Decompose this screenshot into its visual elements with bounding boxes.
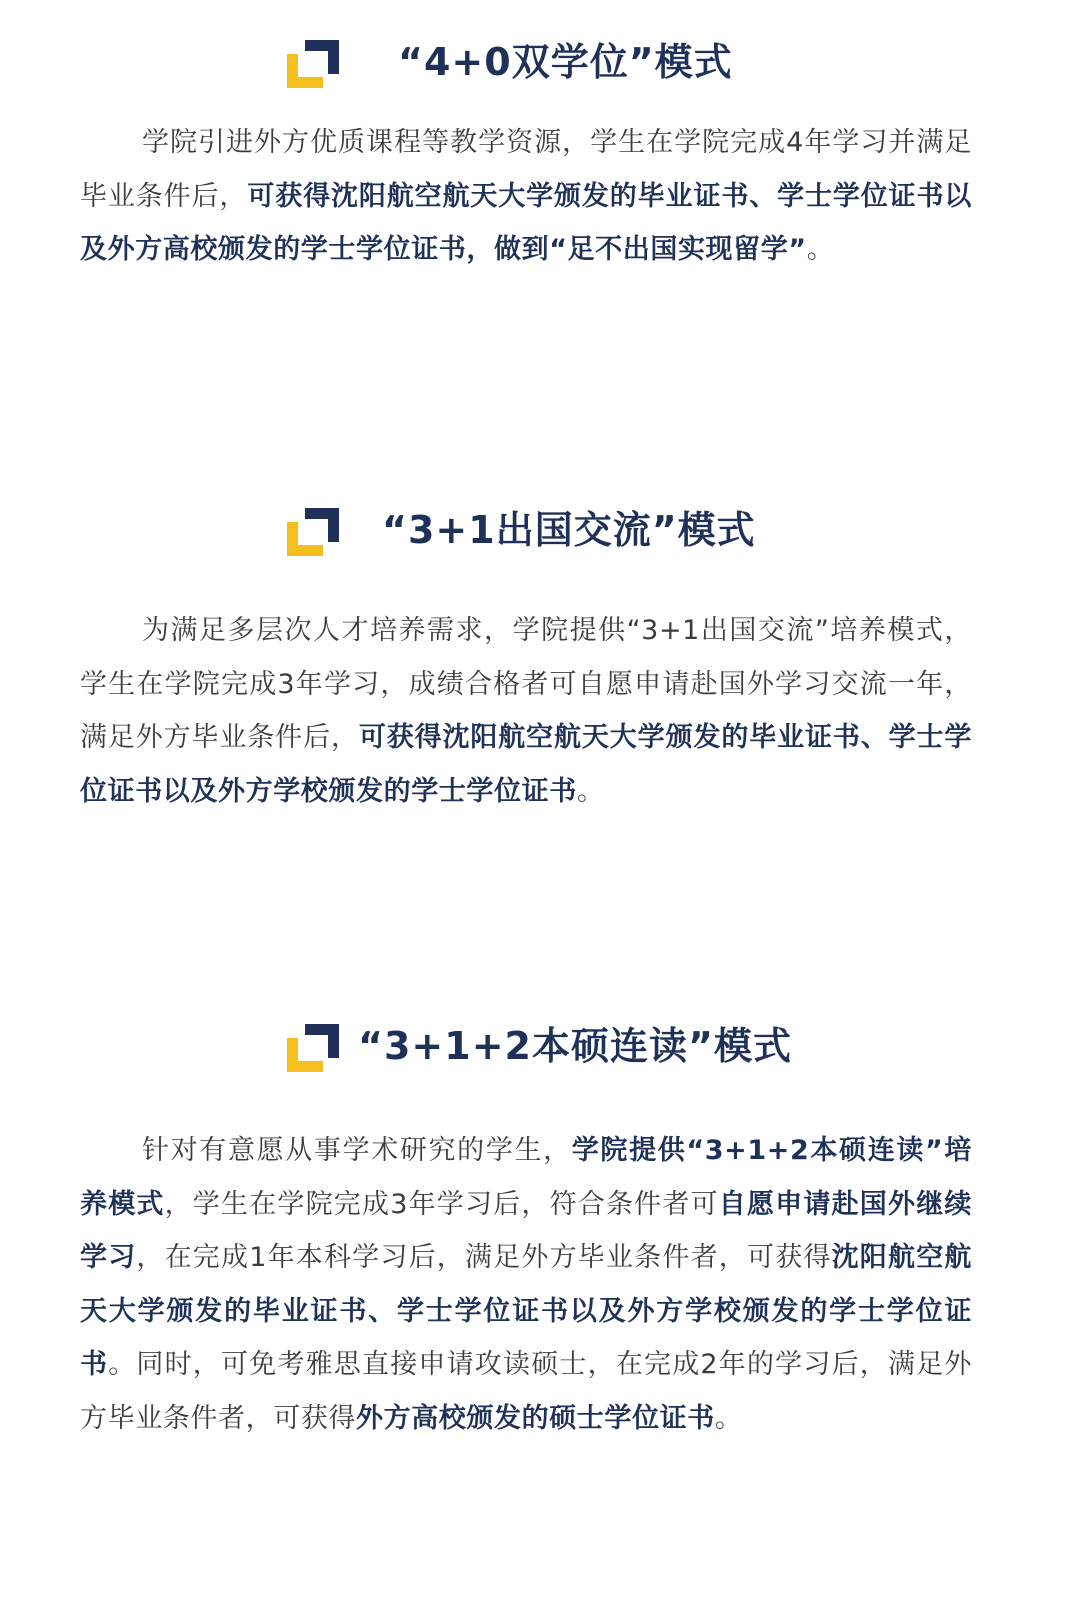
text-run-emphasis: 外方高校颁发的硕士学位证书: [356, 1403, 715, 1434]
text-run: 。: [715, 1403, 743, 1434]
text-run: 。: [807, 234, 835, 265]
section-heading: “3+1+2本硕连读”模式: [0, 1016, 1080, 1076]
corner-brackets-icon: [287, 40, 339, 88]
section-paragraph: 为满足多层次人才培养需求，学院提供“3+1出国交流”培养模式，学生在学院完成3年…: [80, 604, 972, 818]
text-run: ，在完成1年本科学习后，满足外方毕业条件者，可获得: [136, 1242, 831, 1273]
section-title: “3+1+2本硕连读”模式: [358, 1016, 792, 1076]
text-run: ，学生在学院完成3年学习后，符合条件者可: [165, 1189, 719, 1220]
corner-brackets-icon: [287, 1024, 339, 1072]
corner-brackets-icon: [287, 508, 339, 556]
section-heading: “3+1出国交流”模式: [0, 500, 1080, 560]
section-heading: “4+0双学位”模式: [0, 32, 1080, 92]
section-paragraph: 针对有意愿从事学术研究的学生，学院提供“3+1+2本硕连读”培养模式，学生在学院…: [80, 1124, 972, 1445]
text-run: 针对有意愿从事学术研究的学生，: [142, 1135, 572, 1166]
text-run: 。: [577, 776, 605, 807]
section-title: “4+0双学位”模式: [398, 32, 733, 92]
section-paragraph: 学院引进外方优质课程等教学资源，学生在学院完成4年学习并满足毕业条件后，可获得沈…: [80, 116, 972, 277]
section-title: “3+1出国交流”模式: [382, 500, 756, 560]
